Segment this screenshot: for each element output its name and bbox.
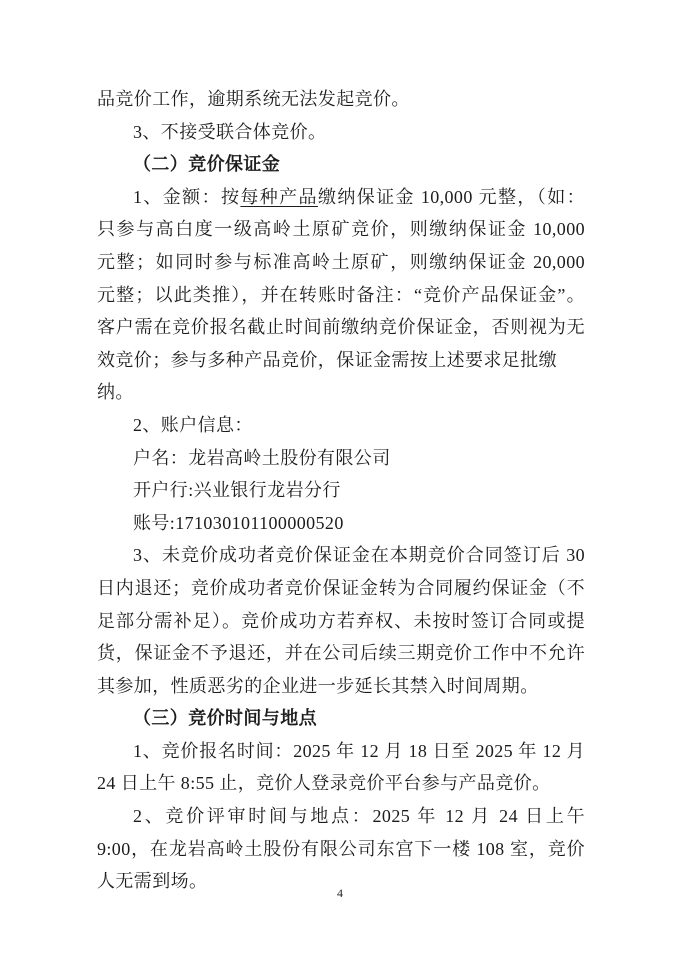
account-bank-line: 开户行:兴业银行龙岩分行 xyxy=(97,474,585,507)
section2-heading: （二）竞价保证金 xyxy=(97,148,585,181)
amount-line-4: 元整；以此类推），并在转账时备注：“竞价产品保证金”。 xyxy=(97,279,585,312)
deposit-rules-line-5: 其参加，性质恶劣的企业进一步延长其禁入时间周期。 xyxy=(97,670,585,703)
registration-line-1: 1、竞价报名时间：2025 年 12 月 18 日至 2025 年 12 月 xyxy=(97,735,585,768)
amount-line-3: 元整；如同时参与标准高岭土原矿，则缴纳保证金 20,000 xyxy=(97,246,585,279)
amount-line-1-suffix: 缴纳保证金 10,000 元整，（如： xyxy=(318,187,585,207)
document-page: 品竞价工作，逾期系统无法发起竞价。 3、不接受联合体竞价。 （二）竞价保证金 1… xyxy=(0,0,680,961)
account-holder-line: 户名：龙岩高岭土股份有限公司 xyxy=(97,442,585,475)
section3-heading: （三）竞价时间与地点 xyxy=(97,702,585,735)
amount-line-1: 1、金额：按每种产品缴纳保证金 10,000 元整，（如： xyxy=(97,181,585,214)
amount-paragraph: 1、金额：按每种产品缴纳保证金 10,000 元整，（如： 只参与高白度一级高岭… xyxy=(97,181,585,409)
document-body: 品竞价工作，逾期系统无法发起竞价。 3、不接受联合体竞价。 （二）竞价保证金 1… xyxy=(97,83,585,898)
underlined-phrase: 每种产品 xyxy=(240,187,318,207)
registration-line-2: 24 日上午 8:55 止，竞价人登录竞价平台参与产品竞价。 xyxy=(97,767,585,800)
carryover-paragraph-line: 品竞价工作，逾期系统无法发起竞价。 xyxy=(97,83,585,116)
deposit-rules-paragraph: 3、未竞价成功者竞价保证金在本期竞价合同签订后 30 日内退还；竞价成功者竞价保… xyxy=(97,539,585,702)
amount-line-5: 客户需在竞价报名截止时间前缴纳竞价保证金，否则视为无 xyxy=(97,311,585,344)
account-info-block: 2、账户信息： 户名：龙岩高岭土股份有限公司 开户行:兴业银行龙岩分行 账号:1… xyxy=(97,409,585,539)
account-info-title: 2、账户信息： xyxy=(97,409,585,442)
review-line-1: 2、竞价评审时间与地点：2025 年 12 月 24 日上午 xyxy=(97,800,585,833)
no-consortium-line: 3、不接受联合体竞价。 xyxy=(97,116,585,149)
deposit-rules-line-1: 3、未竞价成功者竞价保证金在本期竞价合同签订后 30 xyxy=(97,539,585,572)
review-line-2: 9:00，在龙岩高岭土股份有限公司东宫下一楼 108 室，竞价 xyxy=(97,833,585,866)
deposit-rules-line-3: 足部分需补足）。竞价成功方若弃权、未按时签订合同或提 xyxy=(97,605,585,638)
registration-time-paragraph: 1、竞价报名时间：2025 年 12 月 18 日至 2025 年 12 月 2… xyxy=(97,735,585,800)
deposit-rules-line-2: 日内退还；竞价成功者竞价保证金转为合同履约保证金（不 xyxy=(97,572,585,605)
account-number-line: 账号:171030101100000520 xyxy=(97,507,585,540)
deposit-rules-line-4: 货，保证金不予退还，并在公司后续三期竞价工作中不允许 xyxy=(97,637,585,670)
amount-line-2: 只参与高白度一级高岭土原矿竞价，则缴纳保证金 10,000 xyxy=(97,213,585,246)
review-time-paragraph: 2、竞价评审时间与地点：2025 年 12 月 24 日上午 9:00，在龙岩高… xyxy=(97,800,585,898)
amount-line-1-prefix: 1、金额：按 xyxy=(133,187,240,207)
amount-line-6: 效竞价；参与多种产品竞价，保证金需按上述要求足批缴纳。 xyxy=(97,344,585,409)
page-number: 4 xyxy=(0,886,680,900)
